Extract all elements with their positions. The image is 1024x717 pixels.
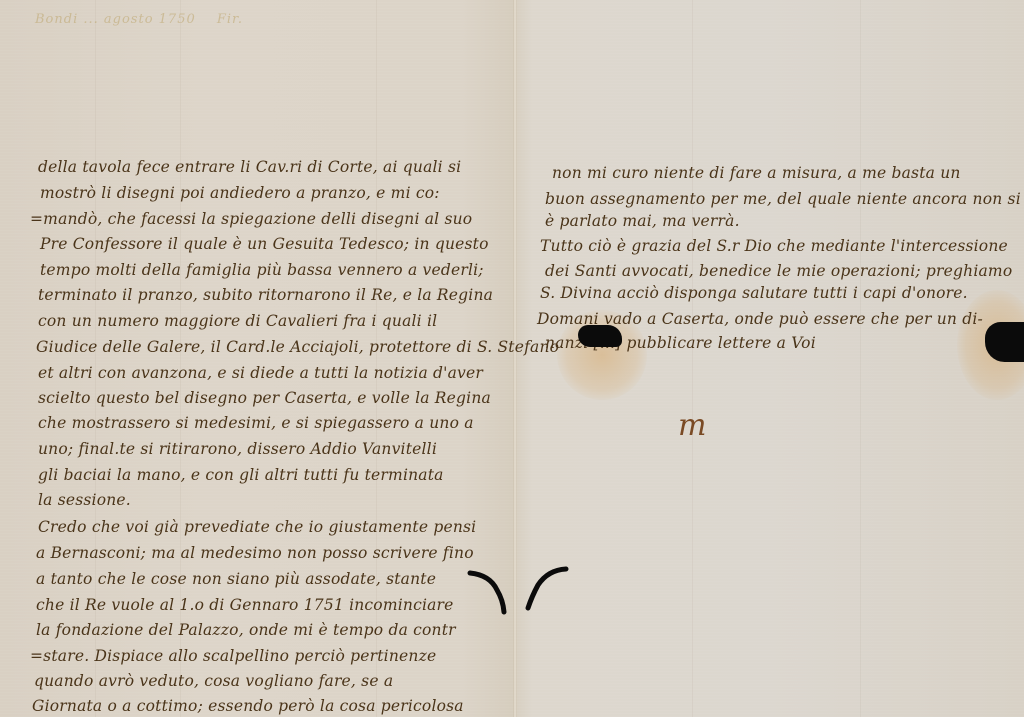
black-stroke-marks <box>0 0 1024 717</box>
manuscript-spread: Bondi ... agosto 1750 Fir. della tavola … <box>0 0 1024 717</box>
